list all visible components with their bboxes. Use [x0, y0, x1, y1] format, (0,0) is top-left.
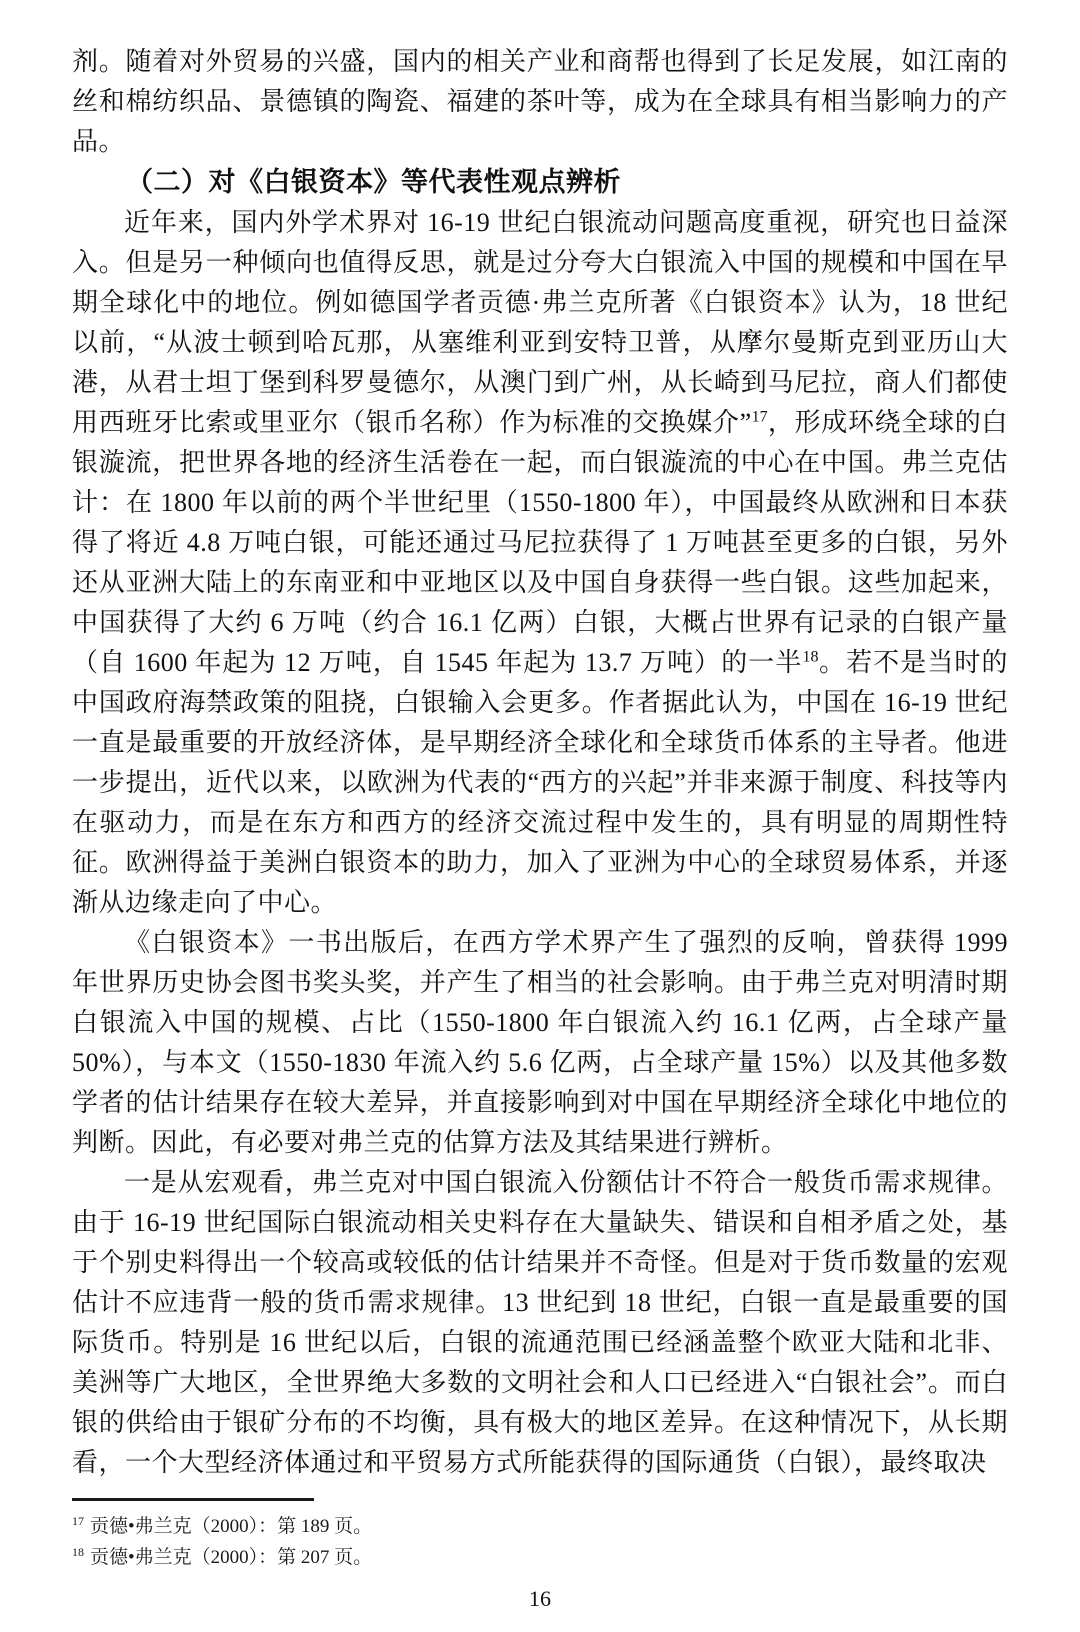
paragraph-text: 近年来，国内外学术界对 16-19 世纪白银流动问题高度重视，研究也日益深入。但… — [72, 208, 1008, 437]
paragraph-continuation: 剂。随着对外贸易的兴盛，国内的相关产业和商帮也得到了长足发展，如江南的丝和棉纺织… — [72, 42, 1008, 162]
footnote-ref-18: 18 — [802, 648, 818, 665]
footnote-area: 17贡德•弗兰克（2000）：第 189 页。 18贡德•弗兰克（2000）：第… — [72, 1498, 1008, 1573]
paragraph: 一是从宏观看，弗兰克对中国白银流入份额估计不符合一般货币需求规律。由于 16-1… — [72, 1163, 1008, 1483]
body-text: 剂。随着对外贸易的兴盛，国内的相关产业和商帮也得到了长足发展，如江南的丝和棉纺织… — [72, 42, 1008, 1483]
footnote-text: 贡德•弗兰克（2000）：第 207 页。 — [90, 1547, 372, 1568]
document-page: 剂。随着对外贸易的兴盛，国内的相关产业和商帮也得到了长足发展，如江南的丝和棉纺织… — [0, 0, 1080, 1632]
paragraph-text: ，形成环绕全球的白银漩流，把世界各地的经济生活卷在一起，而白银漩流的中心在中国。… — [72, 408, 1008, 677]
paragraph: 《白银资本》一书出版后，在西方学术界产生了强烈的反响，曾获得 1999 年世界历… — [72, 923, 1008, 1163]
footnote: 17贡德•弗兰克（2000）：第 189 页。 — [72, 1511, 1008, 1542]
footnote-marker: 18 — [72, 1545, 84, 1559]
paragraph-text: 。若不是当时的中国政府海禁政策的阻挠，白银输入会更多。作者据此认为，中国在 16… — [72, 648, 1008, 917]
page-number: 16 — [0, 1586, 1080, 1612]
footnote: 18贡德•弗兰克（2000）：第 207 页。 — [72, 1542, 1008, 1573]
footnote-text: 贡德•弗兰克（2000）：第 189 页。 — [90, 1516, 372, 1537]
section-heading: （二）对《白银资本》等代表性观点辨析 — [72, 162, 1008, 203]
footnote-marker: 17 — [72, 1514, 84, 1528]
footnote-separator-rule — [72, 1498, 314, 1501]
paragraph: 近年来，国内外学术界对 16-19 世纪白银流动问题高度重视，研究也日益深入。但… — [72, 203, 1008, 923]
footnote-ref-17: 17 — [752, 408, 768, 425]
